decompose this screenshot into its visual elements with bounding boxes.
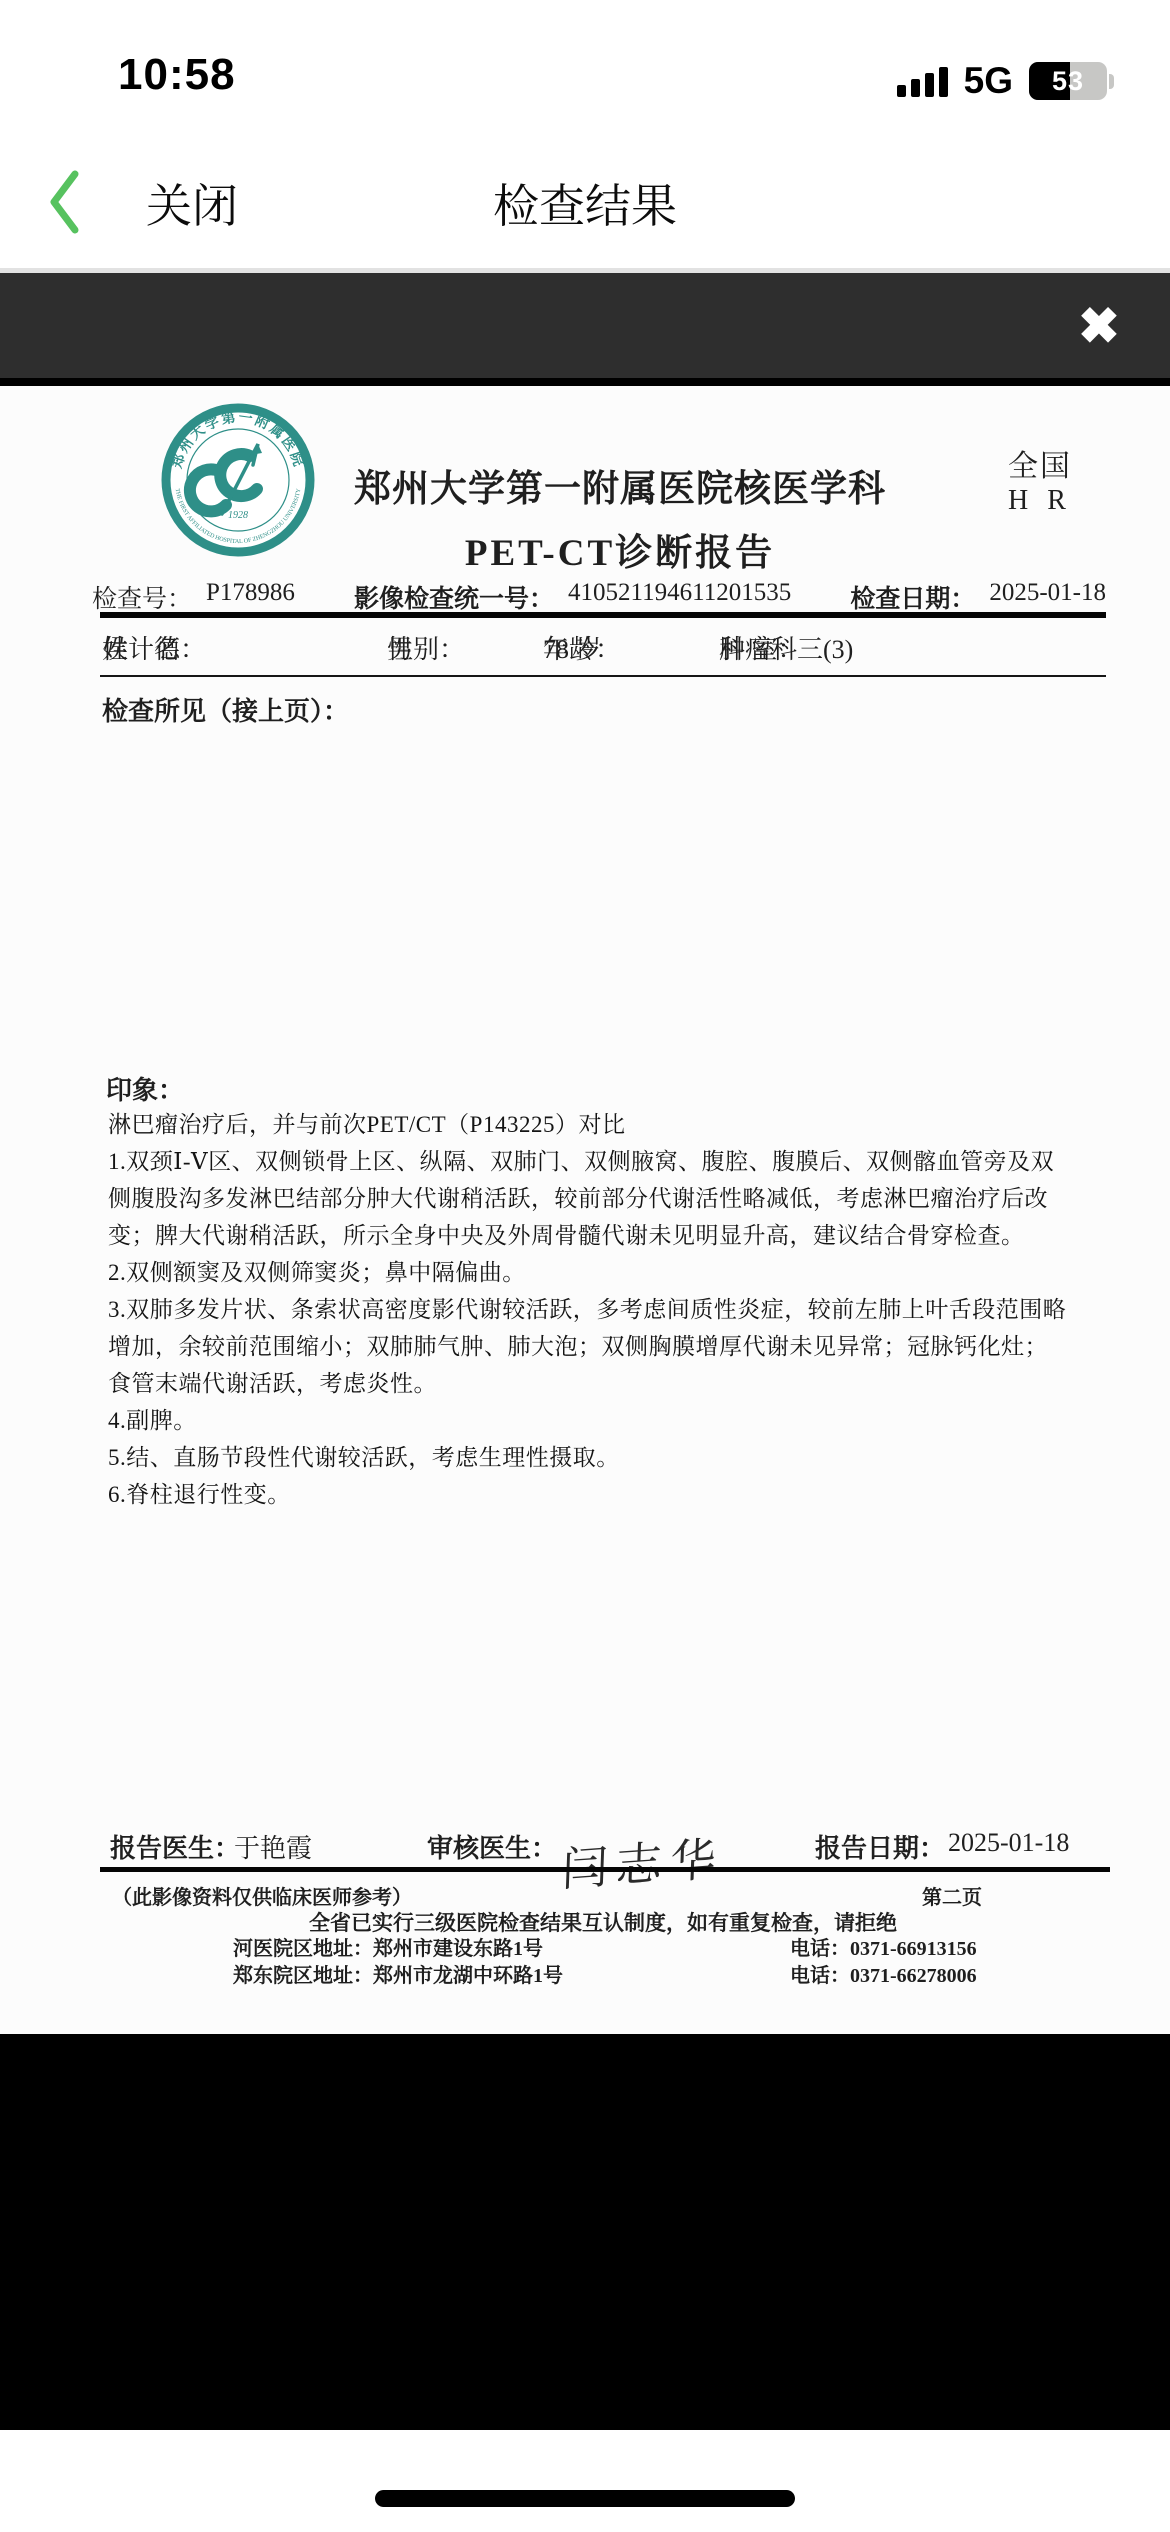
bottom-bar	[0, 2430, 1170, 2532]
hospital-logo: 郑州大学第一附属医院 THE FIRST AFFILIATED HOSPITAL…	[160, 402, 316, 558]
phone-screen: 10:58 5G 53 关闭 检查结果 ✖	[0, 0, 1170, 2532]
report-title: PET-CT诊断报告	[330, 522, 910, 576]
battery-percent: 53	[1029, 62, 1107, 100]
campus-address-row: 河医院区地址：郑州市建设东路1号 电话：0371-66913156	[100, 1932, 1106, 1958]
signoff-row: 报告医生： 于艳霞 审核医生： 闫志华 报告日期： 2025-01-18	[110, 1828, 1106, 1868]
report-date: 2025-01-18	[948, 1828, 1069, 1858]
network-type-label: 5G	[964, 60, 1013, 102]
header-corner-mark: 全国 H R	[1008, 450, 1138, 518]
patient-info-row: 姓 名：侯计德 性别：男 年龄：78 岁 科 室：肿瘤科三(3)	[102, 629, 1106, 661]
report-date-label: 报告日期：	[815, 1828, 945, 1865]
exam-date: 检查日期：2025-01-18	[850, 579, 1106, 615]
divider-thin	[100, 675, 1106, 677]
battery-icon: 53	[1029, 62, 1114, 100]
home-indicator[interactable]	[375, 2490, 795, 2507]
logo-year: 1928	[228, 510, 248, 521]
review-doctor-label: 审核医生：	[427, 1828, 557, 1865]
exam-meta-row: 检查号：P178986 影像检查统一号：410521194611201535 检…	[92, 579, 1106, 615]
impression-line: 2.双侧额窦及双侧筛窦炎；鼻中隔偏曲。	[108, 1254, 1070, 1291]
report-doctor-name: 于艳霞	[234, 1828, 312, 1865]
impression-line: 4.副脾。	[108, 1402, 1070, 1439]
impression-line: 5.结、直肠节段性代谢较活跃，考虑生理性摄取。	[108, 1439, 1070, 1476]
nav-bar: 关闭 检查结果	[0, 130, 1170, 268]
status-bar: 10:58 5G 53	[0, 0, 1170, 130]
close-page-button[interactable]: 关闭	[146, 170, 238, 236]
page-title: 检查结果	[285, 170, 885, 236]
campus-address-row: 郑东院区地址：郑州市龙湖中环路1号 电话：0371-66278006	[100, 1959, 1106, 1985]
viewer-border	[0, 378, 1170, 386]
image-viewer-toolbar: ✖	[0, 273, 1170, 378]
viewer-letterbox	[0, 2034, 1170, 2430]
close-icon[interactable]: ✖	[1054, 281, 1144, 371]
hospital-name: 郑州大学第一附属医院核医学科	[330, 458, 910, 512]
report-document-image[interactable]: 郑州大学第一附属医院 THE FIRST AFFILIATED HOSPITAL…	[0, 386, 1170, 2034]
exam-number: 检查号：P178986	[92, 579, 295, 615]
signal-strength-icon	[897, 65, 948, 97]
divider-thick	[100, 612, 1106, 618]
report-header: 郑州大学第一附属医院核医学科 PET-CT诊断报告	[330, 458, 910, 576]
back-chevron-icon[interactable]	[46, 168, 82, 236]
disclaimer-text: （此影像资料仅供临床医师参考）	[112, 1887, 412, 1909]
impression-line: 1.双颈Ⅰ-Ⅴ区、双侧锁骨上区、纵隔、双肺门、双侧腋窝、腹腔、腹膜后、双侧髂血管…	[108, 1143, 1070, 1254]
divider-thick-bottom	[100, 1867, 1110, 1872]
page-number: 第二页	[922, 1881, 982, 1910]
status-icons: 5G 53	[897, 60, 1114, 102]
impression-text: 淋巴瘤治疗后，并与前次PET/CT（P143225）对比 1.双颈Ⅰ-Ⅴ区、双侧…	[108, 1106, 1070, 1513]
unified-exam-number: 影像检查统一号：410521194611201535	[354, 579, 791, 615]
impression-line: 3.双肺多发片状、条索状高密度影代谢较活跃，多考虑间质性炎症，较前左肺上叶舌段范…	[108, 1291, 1070, 1402]
impression-line: 淋巴瘤治疗后，并与前次PET/CT（P143225）对比	[108, 1106, 1070, 1143]
clock-time: 10:58	[118, 50, 236, 100]
impression-section-label: 印象：	[106, 1070, 184, 1107]
battery-cap	[1109, 74, 1114, 89]
footer-disclaimer-row: （此影像资料仅供临床医师参考） 第二页	[112, 1881, 1106, 1907]
impression-line: 6.脊柱退行性变。	[108, 1476, 1070, 1513]
report-doctor-label: 报告医生：	[110, 1828, 240, 1865]
findings-section-label: 检查所见（接上页）：	[102, 691, 349, 728]
